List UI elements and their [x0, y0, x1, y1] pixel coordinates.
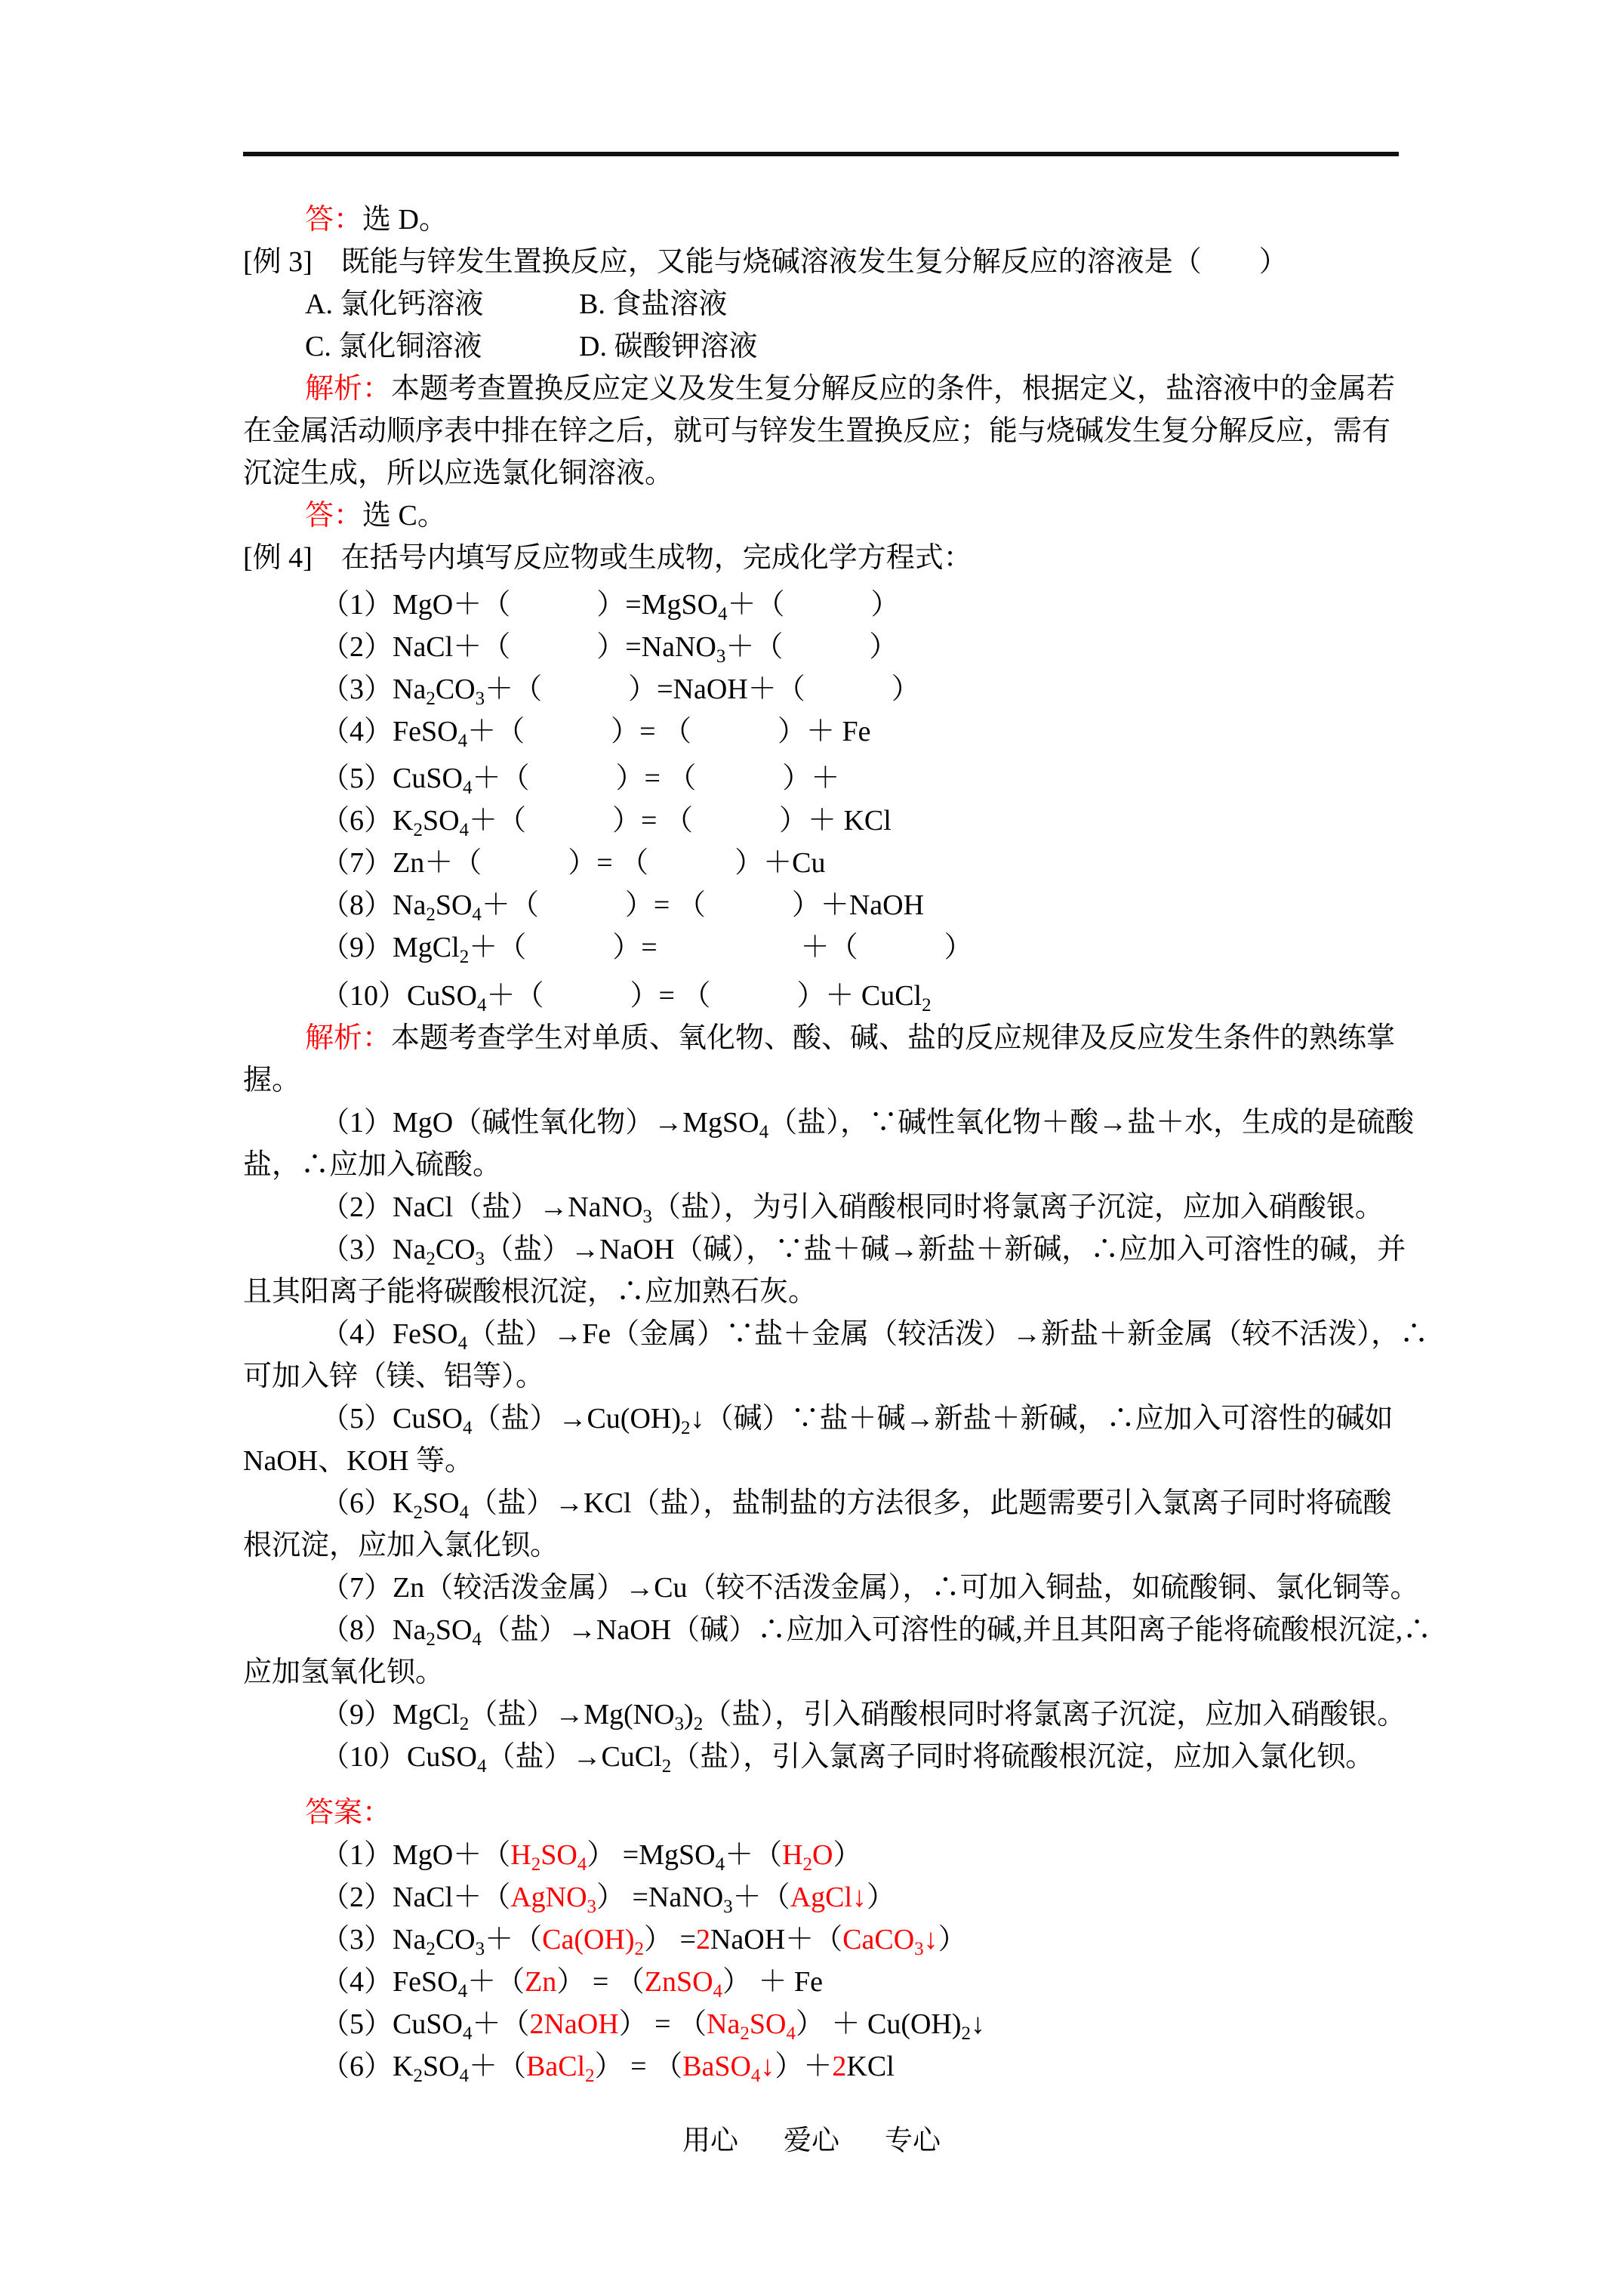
text-line: 答：选 C。	[243, 495, 1409, 537]
page-footer: 用心爱心专心	[0, 2123, 1623, 2159]
text-line: （9）MgCl2＋（ ）= ＋（ ）	[243, 926, 1409, 969]
text-run: Zn	[525, 1966, 556, 1998]
document-body: 答：选 D。[例 3] 既能与锌发生置换反应，又能与烧碱溶液发生复分解反应的溶液…	[243, 199, 1409, 2088]
text-line: （3）Na2CO3＋（Ca(OH)2） =2NaOH＋（CaCO3↓）	[243, 1918, 1409, 1961]
text-run: 选 D。	[362, 204, 448, 236]
footer-item: 爱心	[784, 2125, 839, 2156]
text-run: （3）Na2CO3＋（	[321, 1924, 542, 1955]
text-line: （8）Na2SO4（盐）→NaOH（碱）∴应加入可溶性的碱,并且其阳离子能将硫酸…	[243, 1609, 1409, 1651]
text-run: B. 食盐溶液	[579, 288, 727, 320]
text-run: ） = （	[619, 2008, 707, 2040]
text-run: 解析：	[305, 373, 391, 405]
text-line: （5）CuSO4＋（2NaOH） = （Na2SO4） ＋ Cu(OH)2↓	[243, 2003, 1409, 2045]
text-run: ） =	[644, 1924, 696, 1955]
text-run: ） = （	[556, 1966, 644, 1998]
text-line: （5）CuSO4（盐）→Cu(OH)2↓（碱）∵盐＋碱→新盐＋新碱，∴应加入可溶…	[243, 1398, 1409, 1440]
text-run: （8）Na2SO4（盐）→NaOH（碱）∴应加入可溶性的碱,并且其阳离子能将硫酸…	[321, 1614, 1431, 1646]
text-run: [例 4] 在括号内填写反应物或生成物，完成化学方程式：	[243, 542, 972, 574]
text-run: A. 氯化钙溶液	[305, 283, 579, 325]
text-line: 解析：本题考查学生对单质、氧化物、酸、碱、盐的反应规律及反应发生条件的熟练掌	[243, 1017, 1409, 1059]
text-run: AgNO3	[510, 1881, 596, 1913]
text-run: H2SO4	[510, 1839, 587, 1871]
text-run: 选 C。	[362, 500, 446, 532]
text-line: NaOH、KOH 等。	[243, 1440, 1409, 1482]
text-run: D. 碳酸钾溶液	[579, 331, 757, 362]
text-run: 在金属活动顺序表中排在锌之后，就可与锌发生置换反应；能与烧碱发生复分解反应，需有	[243, 415, 1390, 447]
text-run: NaOH＋（	[710, 1924, 842, 1955]
text-run: （6）K2SO4＋（	[321, 2051, 526, 2082]
text-line: 解析：本题考查置换反应定义及发生复分解反应的条件，根据定义，盐溶液中的金属若	[243, 368, 1409, 410]
text-run: ）＋	[775, 2051, 832, 2082]
text-run: AgCl↓	[790, 1881, 867, 1913]
text-run: 解析：	[305, 1022, 391, 1054]
text-run: （10）CuSO4（盐）→CuCl2（盐），引入氯离子同时将硫酸根沉淀，应加入氯…	[321, 1741, 1374, 1773]
text-line: 答案：	[243, 1792, 1409, 1834]
text-run: （9）MgCl2（盐）→Mg(NO3)2（盐），引入硝酸根同时将氯离子沉淀，应加…	[321, 1699, 1406, 1730]
text-run: 可加入锌（镁、铝等）。	[243, 1361, 544, 1392]
text-run: （2）NaCl＋（ ）=NaNO3＋（ ）	[321, 631, 898, 663]
text-run: （6）K2SO4＋（ ）= （ ）＋ KCl	[321, 805, 892, 837]
document-page: 答：选 D。[例 3] 既能与锌发生置换反应，又能与烧碱溶液发生复分解反应的溶液…	[0, 0, 1623, 2296]
text-run: ）	[867, 1881, 895, 1913]
text-line: （8）Na2SO4＋（ ）= （ ）＋NaOH	[243, 884, 1409, 926]
text-run: （3）Na2CO3（盐）→NaOH（碱），∵盐＋碱→新盐＋新碱，∴应加入可溶性的…	[321, 1234, 1406, 1265]
text-run: 盐，∴应加入硫酸。	[243, 1149, 501, 1181]
text-run: 握。	[243, 1065, 300, 1096]
text-line: （10）CuSO4＋（ ）= （ ）＋ CuCl2	[243, 975, 1409, 1017]
header-rule	[243, 152, 1399, 156]
text-run: （5）CuSO4＋（ ）= （ ）＋	[321, 763, 839, 794]
text-line: 根沉淀，应加入氯化钡。	[243, 1524, 1409, 1567]
text-run: （3）Na2CO3＋（ ）=NaOH＋（ ）	[321, 673, 920, 705]
text-line: （7）Zn（较活泼金属）→Cu（较不活泼金属），∴可加入铜盐，如硫酸铜、氯化铜等…	[243, 1567, 1409, 1609]
text-run: ）	[833, 1839, 861, 1871]
text-run: （1）MgO＋（ ）=MgSO4＋（ ）	[321, 589, 900, 621]
text-run: （10）CuSO4＋（ ）= （ ）＋ CuCl2	[321, 980, 932, 1012]
text-line: 应加氢氧化钡。	[243, 1651, 1409, 1693]
text-run: （6）K2SO4（盐）→KCl（盐），盐制盐的方法很多，此题需要引入氯离子同时将…	[321, 1487, 1391, 1519]
text-line: 在金属活动顺序表中排在锌之后，就可与锌发生置换反应；能与烧碱发生复分解反应，需有	[243, 410, 1409, 452]
text-run: （4）FeSO4（盐）→Fe（金属）∵盐＋金属（较活泼）→新盐＋新金属（较不活泼…	[321, 1318, 1428, 1350]
text-run: Ca(OH)2	[542, 1924, 644, 1955]
text-line: （5）CuSO4＋（ ）= （ ）＋	[243, 757, 1409, 800]
text-run: （2）NaCl（盐）→NaNO3（盐），为引入硝酸根同时将氯离子沉淀，应加入硝酸…	[321, 1191, 1384, 1223]
text-run: （2）NaCl＋（	[321, 1881, 510, 1913]
text-line: C. 氯化铜溶液D. 碳酸钾溶液	[243, 325, 1409, 368]
footer-item: 用心	[682, 2125, 738, 2156]
text-line: （7）Zn＋（ ）= （ ）＋Cu	[243, 842, 1409, 884]
text-run: （7）Zn＋（ ）= （ ）＋Cu	[321, 847, 826, 879]
text-run: 答：	[305, 204, 362, 236]
text-run: （1）MgO（碱性氧化物）→MgSO4（盐），∵碱性氧化物＋酸→盐＋水，生成的是…	[321, 1107, 1414, 1139]
text-line: （6）K2SO4＋（ ）= （ ）＋ KCl	[243, 800, 1409, 842]
text-line: （2）NaCl＋（AgNO3） =NaNO3＋（AgCl↓）	[243, 1876, 1409, 1918]
text-run: （7）Zn（较活泼金属）→Cu（较不活泼金属），∴可加入铜盐，如硫酸铜、氯化铜等…	[321, 1572, 1419, 1604]
text-line: 答：选 D。	[243, 199, 1409, 241]
text-run: （9）MgCl2＋（ ）= ＋（ ）	[321, 932, 973, 963]
text-line: （3）Na2CO3＋（ ）=NaOH＋（ ）	[243, 668, 1409, 710]
text-run: ZnSO4	[645, 1966, 722, 1998]
text-run: 2	[696, 1924, 710, 1955]
text-run: Na2SO4	[707, 2008, 796, 2040]
text-run: （4）FeSO4＋（ ）= （ ）＋ Fe	[321, 716, 871, 747]
text-run: H2O	[782, 1839, 833, 1871]
text-run: BaSO4↓	[682, 2051, 775, 2082]
text-line: （1）MgO（碱性氧化物）→MgSO4（盐），∵碱性氧化物＋酸→盐＋水，生成的是…	[243, 1102, 1409, 1144]
text-run: 根沉淀，应加入氯化钡。	[243, 1530, 559, 1561]
text-run: ） =NaNO3＋（	[596, 1881, 790, 1913]
text-line: （2）NaCl（盐）→NaNO3（盐），为引入硝酸根同时将氯离子沉淀，应加入硝酸…	[243, 1186, 1409, 1228]
text-run: C. 氯化铜溶液	[305, 325, 579, 368]
text-line: （4）FeSO4＋（ ）= （ ）＋ Fe	[243, 710, 1409, 753]
text-run: （4）FeSO4＋（	[321, 1966, 525, 1998]
text-run: NaOH、KOH 等。	[243, 1445, 473, 1477]
footer-item: 专心	[885, 2125, 941, 2156]
text-run: 答：	[305, 500, 362, 532]
text-run: （1）MgO＋（	[321, 1839, 510, 1871]
text-line: 盐，∴应加入硫酸。	[243, 1144, 1409, 1186]
text-run: 2NaOH	[529, 2008, 618, 2040]
text-run: 沉淀生成，所以应选氯化铜溶液。	[243, 458, 673, 489]
text-run: 2	[832, 2051, 846, 2082]
text-run: CaCO3↓	[842, 1924, 938, 1955]
text-line: （1）MgO＋（H2SO4） =MgSO4＋（H2O）	[243, 1834, 1409, 1876]
text-line: 握。	[243, 1059, 1409, 1102]
text-run: 本题考查学生对单质、氧化物、酸、碱、盐的反应规律及反应发生条件的熟练掌	[391, 1022, 1395, 1054]
text-line: （1）MgO＋（ ）=MgSO4＋（ ）	[243, 584, 1409, 626]
text-line: [例 3] 既能与锌发生置换反应，又能与烧碱溶液发生复分解反应的溶液是（ ）	[243, 241, 1409, 283]
text-line: [例 4] 在括号内填写反应物或生成物，完成化学方程式：	[243, 537, 1409, 579]
text-line: （4）FeSO4（盐）→Fe（金属）∵盐＋金属（较活泼）→新盐＋新金属（较不活泼…	[243, 1313, 1409, 1355]
text-run: ） =MgSO4＋（	[587, 1839, 782, 1871]
text-run: ） = （	[595, 2051, 682, 2082]
text-run: （5）CuSO4＋（	[321, 2008, 529, 2040]
text-run: （5）CuSO4（盐）→Cu(OH)2↓（碱）∵盐＋碱→新盐＋新碱，∴应加入可溶…	[321, 1403, 1394, 1435]
text-line: （2）NaCl＋（ ）=NaNO3＋（ ）	[243, 626, 1409, 668]
text-run: [例 3] 既能与锌发生置换反应，又能与烧碱溶液发生复分解反应的溶液是（ ）	[243, 246, 1288, 278]
text-line: （9）MgCl2（盐）→Mg(NO3)2（盐），引入硝酸根同时将氯离子沉淀，应加…	[243, 1693, 1409, 1736]
text-run: ）	[938, 1924, 967, 1955]
text-line: （10）CuSO4（盐）→CuCl2（盐），引入氯离子同时将硫酸根沉淀，应加入氯…	[243, 1736, 1409, 1778]
text-line: （3）Na2CO3（盐）→NaOH（碱），∵盐＋碱→新盐＋新碱，∴应加入可溶性的…	[243, 1228, 1409, 1271]
text-run: BaCl2	[526, 2051, 595, 2082]
text-run: 答案：	[305, 1797, 391, 1829]
text-run: 本题考查置换反应定义及发生复分解反应的条件，根据定义，盐溶液中的金属若	[391, 373, 1395, 405]
text-line: 可加入锌（镁、铝等）。	[243, 1355, 1409, 1398]
text-line: （4）FeSO4＋（Zn） = （ZnSO4） ＋ Fe	[243, 1961, 1409, 2003]
text-run: KCl	[846, 2051, 894, 2082]
text-line: A. 氯化钙溶液B. 食盐溶液	[243, 283, 1409, 325]
text-run: 且其阳离子能将碳酸根沉淀，∴应加熟石灰。	[243, 1276, 817, 1308]
text-run: （8）Na2SO4＋（ ）= （ ）＋NaOH	[321, 889, 924, 921]
text-line: 且其阳离子能将碳酸根沉淀，∴应加熟石灰。	[243, 1271, 1409, 1313]
text-run: ） ＋ Fe	[722, 1966, 823, 1998]
text-line: 沉淀生成，所以应选氯化铜溶液。	[243, 452, 1409, 495]
text-line: （6）K2SO4（盐）→KCl（盐），盐制盐的方法很多，此题需要引入氯离子同时将…	[243, 1482, 1409, 1524]
text-run: ） ＋ Cu(OH)2↓	[796, 2008, 985, 2040]
text-run: 应加氢氧化钡。	[243, 1657, 444, 1688]
text-line: （6）K2SO4＋（BaCl2） = （BaSO4↓）＋2KCl	[243, 2045, 1409, 2088]
